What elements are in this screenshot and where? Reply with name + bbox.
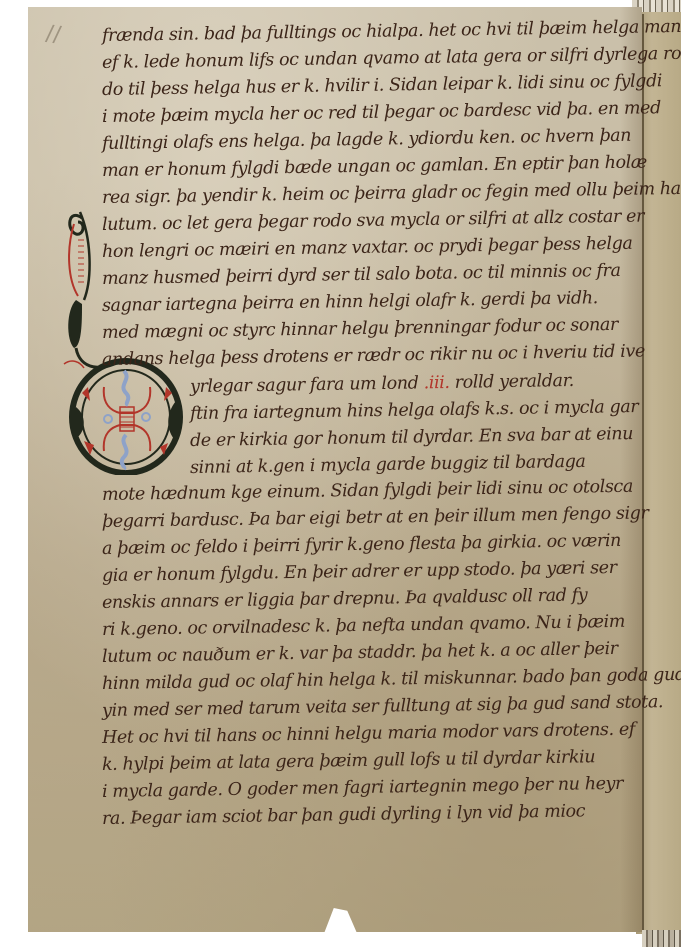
decorated-initial-O bbox=[68, 357, 186, 475]
rubric-numeral: .iii. bbox=[423, 373, 449, 393]
binding-bottom bbox=[642, 930, 681, 947]
